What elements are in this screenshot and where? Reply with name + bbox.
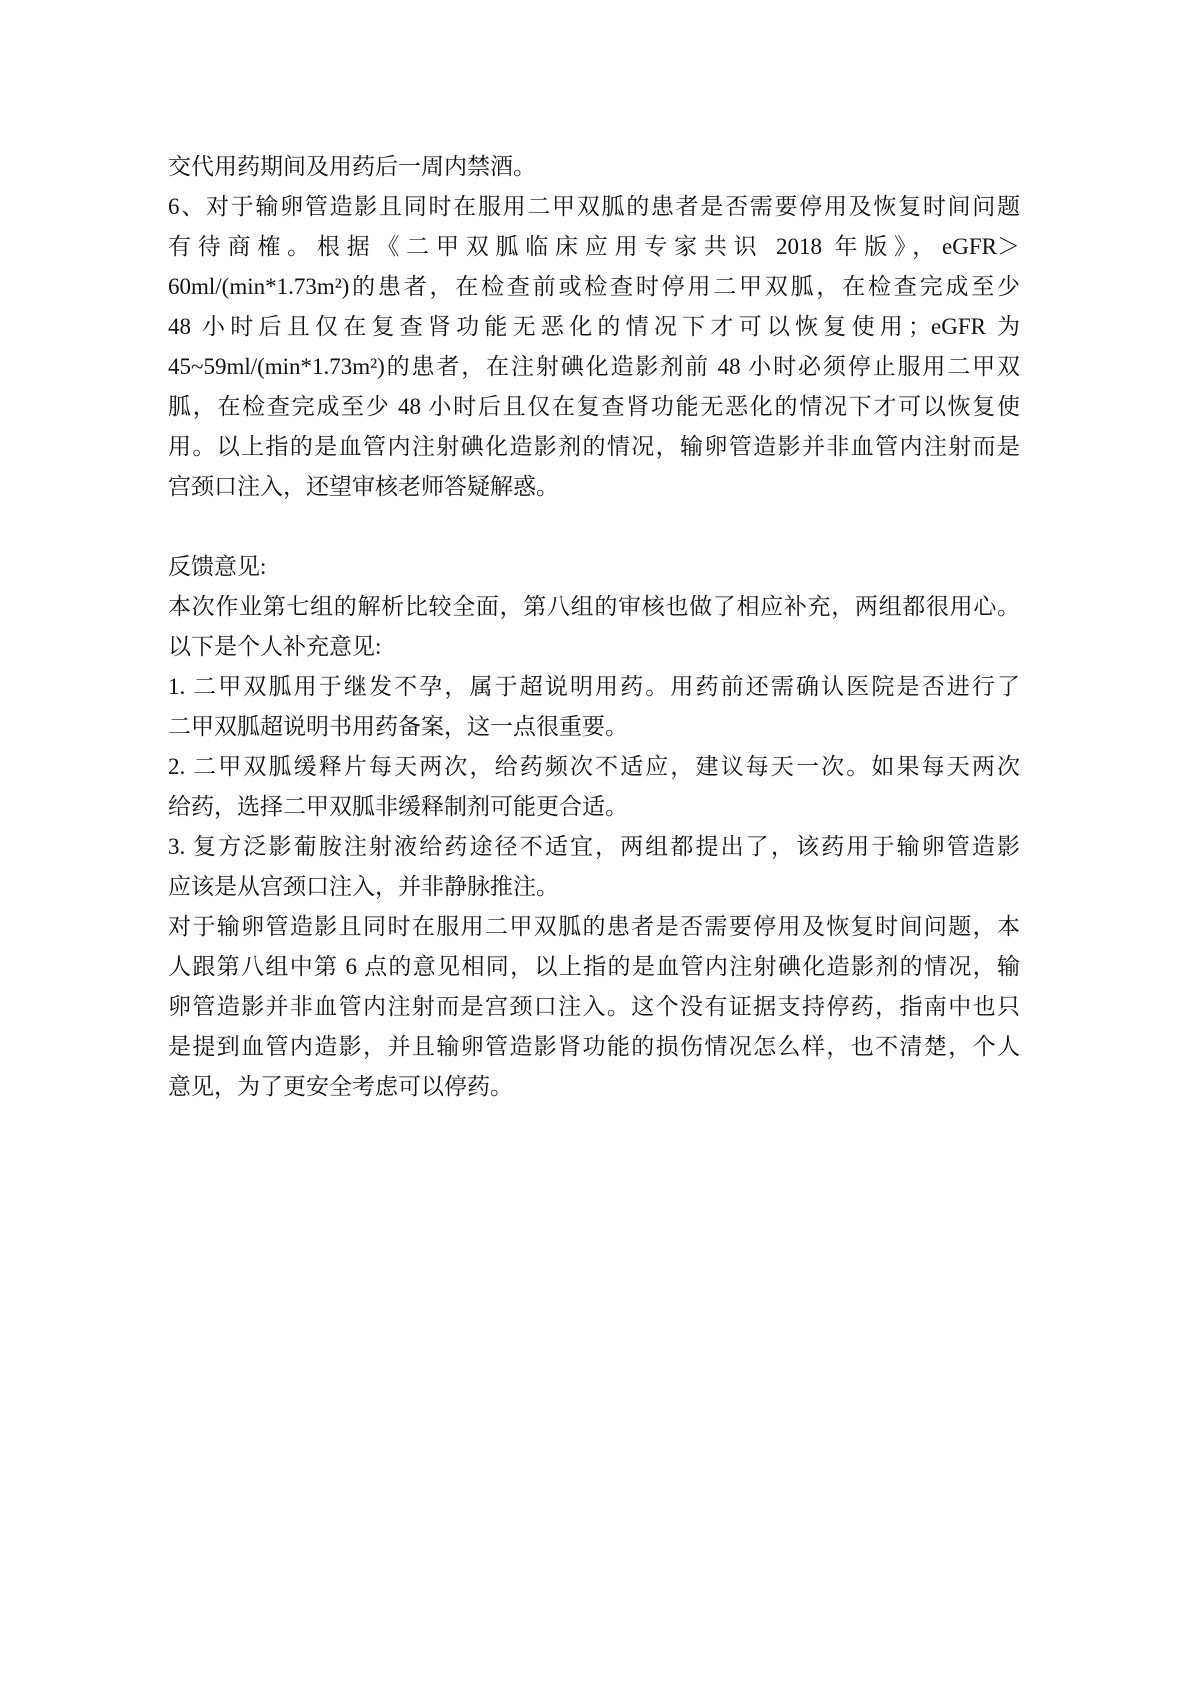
document-page: 交代用药期间及用药后一周内禁酒。6、对于输卵管造影且同时在服用二甲双胍的患者是否… [0, 0, 1200, 1696]
text-line: 3. 复方泛影葡胺注射液给药途径不适宜，两组都提出了，该药用于输卵管造影 [168, 827, 1020, 867]
text-line: 45~59ml/(min*1.73m²)的患者，在注射碘化造影剂前 48 小时必… [168, 347, 1020, 387]
text-line: 对于输卵管造影且同时在服用二甲双胍的患者是否需要停用及恢复时间问题，本 [168, 907, 1020, 947]
text-line: 2. 二甲双胍缓释片每天两次，给药频次不适应，建议每天一次。如果每天两次 [168, 747, 1020, 787]
text-line: 卵管造影并非血管内注射而是宫颈口注入。这个没有证据支持停药，指南中也只 [168, 987, 1020, 1027]
document-text: 交代用药期间及用药后一周内禁酒。6、对于输卵管造影且同时在服用二甲双胍的患者是否… [168, 147, 1020, 1107]
text-line: 60ml/(min*1.73m²)的患者，在检查前或检查时停用二甲双胍，在检查完… [168, 267, 1020, 307]
text-line: 1. 二甲双胍用于继发不孕，属于超说明用药。用药前还需确认医院是否进行了 [168, 667, 1020, 707]
text-line: 胍，在检查完成至少 48 小时后且仅在复查肾功能无恶化的情况下才可以恢复使 [168, 387, 1020, 427]
blank-line [168, 507, 1020, 547]
text-line: 给药，选择二甲双胍非缓释制剂可能更合适。 [168, 787, 1020, 827]
text-line: 意见，为了更安全考虑可以停药。 [168, 1067, 1020, 1107]
text-line: 以下是个人补充意见: [168, 627, 1020, 667]
text-line: 二甲双胍超说明书用药备案，这一点很重要。 [168, 707, 1020, 747]
text-line: 48 小时后且仅在复查肾功能无恶化的情况下才可以恢复使用；eGFR 为 [168, 307, 1020, 347]
text-line: 6、对于输卵管造影且同时在服用二甲双胍的患者是否需要停用及恢复时间问题 [168, 187, 1020, 227]
text-line: 有待商榷。根据《二甲双胍临床应用专家共识 2018 年版》，eGFR＞ [168, 227, 1020, 267]
text-line: 是提到血管内造影，并且输卵管造影肾功能的损伤情况怎么样，也不清楚，个人 [168, 1027, 1020, 1067]
text-line: 宫颈口注入，还望审核老师答疑解惑。 [168, 467, 1020, 507]
text-line: 用。以上指的是血管内注射碘化造影剂的情况，输卵管造影并非血管内注射而是 [168, 427, 1020, 467]
text-line: 应该是从宫颈口注入，并非静脉推注。 [168, 867, 1020, 907]
text-line: 人跟第八组中第 6 点的意见相同，以上指的是血管内注射碘化造影剂的情况，输 [168, 947, 1020, 987]
text-line: 反馈意见: [168, 547, 1020, 587]
text-line: 本次作业第七组的解析比较全面，第八组的审核也做了相应补充，两组都很用心。 [168, 587, 1020, 627]
text-line: 交代用药期间及用药后一周内禁酒。 [168, 147, 1020, 187]
